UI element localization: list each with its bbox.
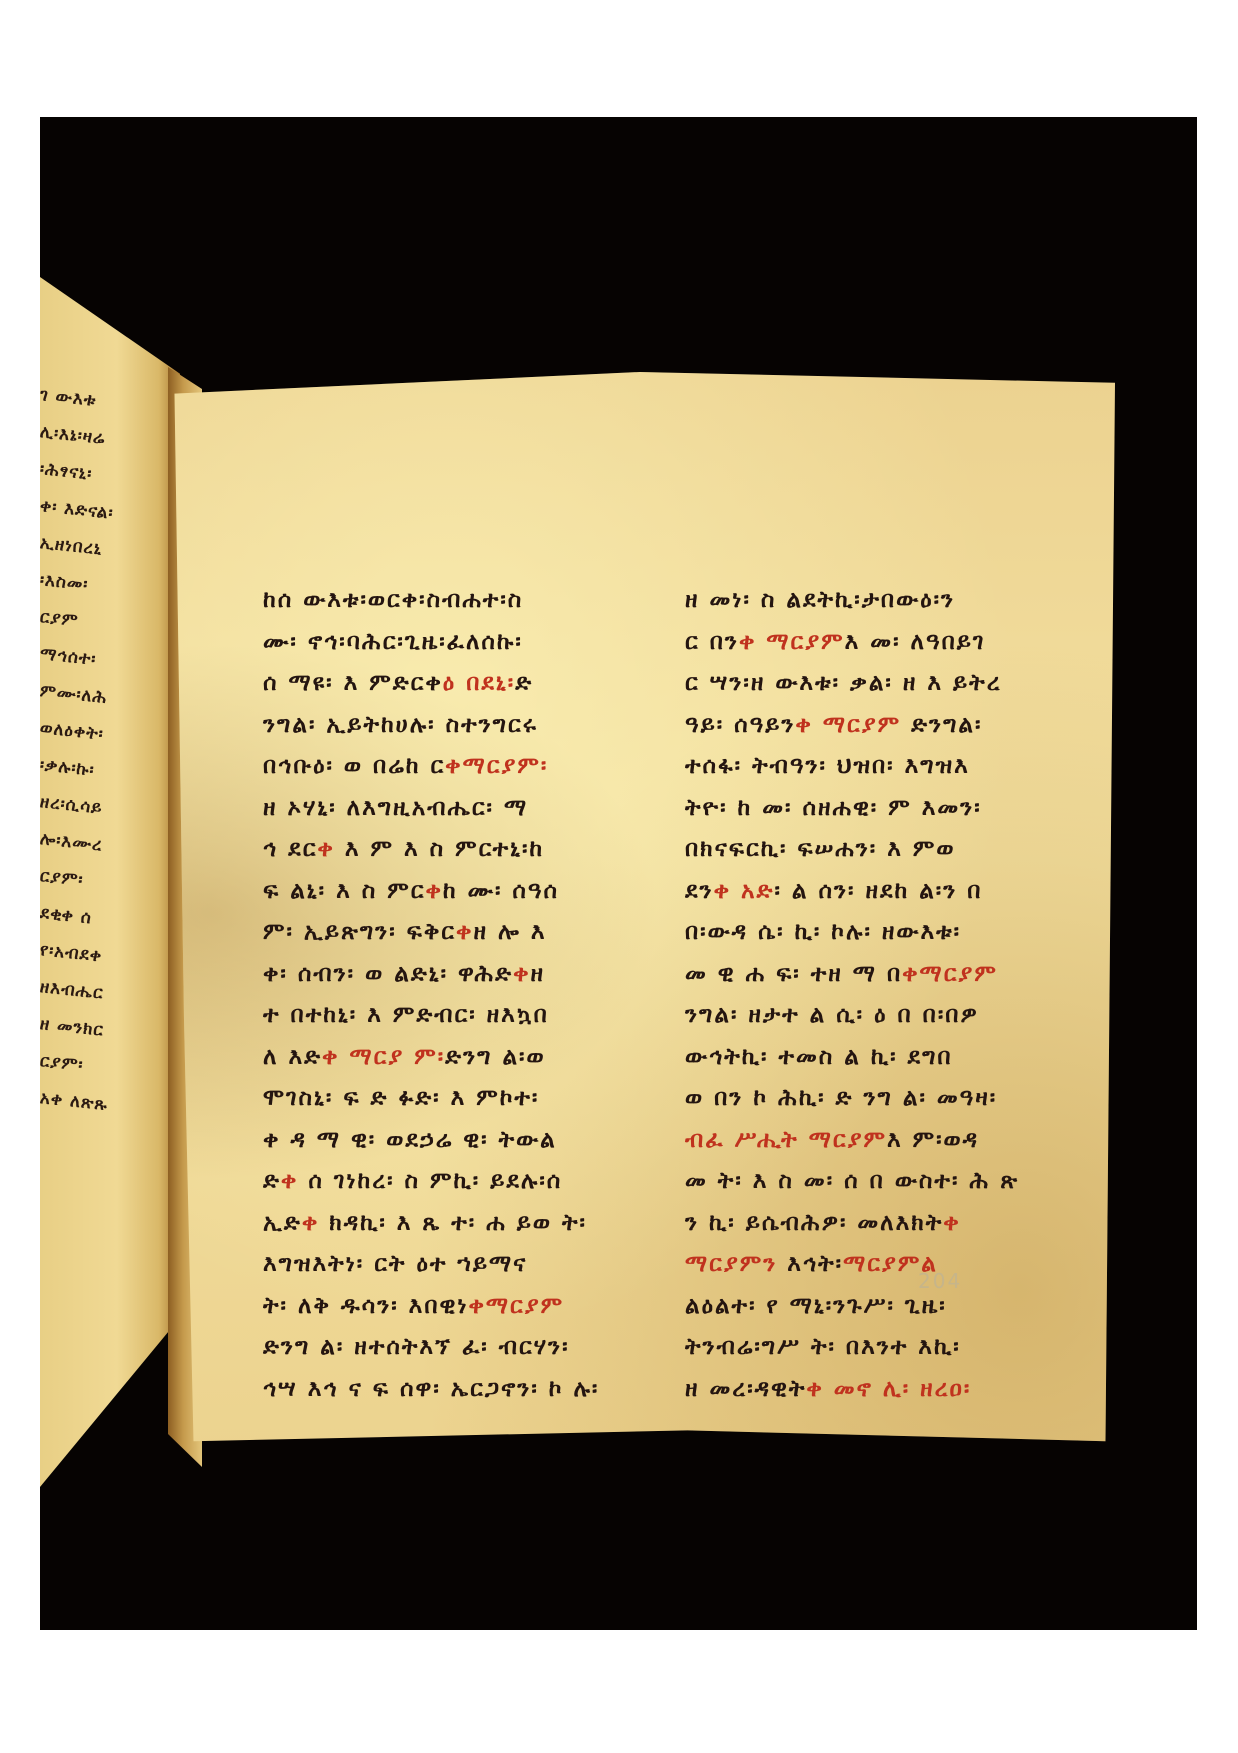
manuscript-photo: ገ ውእቱሊ፡እኔ፡ዛሬ፡ሕፃናኒ፡ቀ፡ እድናል፡ኢዘነበረኒ፡እስመ፡ርያም…: [40, 117, 1197, 1630]
manuscript-line: ትንብሬ፡ግሥ ት፡ በእንተ እኪ፡: [685, 1327, 1065, 1369]
manuscript-line: ም፡ ኢይጽግን፡ ፍቅርቀዘ ሎ እ: [263, 912, 658, 954]
ink-text: ን ኪ፡ ይሴብሕዎ፡ መለእክት: [685, 1210, 943, 1236]
manuscript-line: ኅ ደርቀ እ ም እ ስ ምርተኒ፡ከ: [263, 829, 658, 871]
manuscript-line: ቀ ዳ ማ ዊ፡ ወደኃሬ ዊ፡ ትውል: [263, 1120, 658, 1162]
manuscript-line: በክናፍርኪ፡ ፍሠሐን፡ እ ምወ: [685, 829, 1065, 871]
ink-text: [799, 1127, 809, 1153]
rubric-text: ቀ: [281, 1168, 298, 1194]
ink-text: በኅቡዕ፡ ወ በሬከ ር: [263, 753, 445, 779]
manuscript-line: ኅሣ እኅ ና ፍ ሰዋ፡ ኤርጋኖን፡ ኮ ሉ፡: [263, 1369, 658, 1411]
ink-text: ት፡ ለቅ ዱሳን፡ እበዊነ: [263, 1293, 468, 1319]
ink-text: በ፡ውዳ ሴ፡ ኪ፡ ኮሉ፡ ዘውእቱ፡: [685, 919, 961, 945]
rubric-text: ቀ: [302, 1210, 319, 1236]
manuscript-line: ዓይ፡ ሰዓይንቀ ማርያም ድንግል፡: [685, 705, 1065, 747]
ink-text: እግዝእትነ፡ ርት ዕተ ኀይማና: [263, 1251, 527, 1277]
ink-text: ሞገስኒ፡ ፍ ድ ፉድ፡ እ ምኮተ፡: [263, 1085, 539, 1111]
ink-text: ዘ መነ፡ ስ ልደትኪ፡ታበውዕ፡ን: [685, 587, 955, 613]
ink-text: ፍ ልኒ፡ እ ስ ምር: [263, 878, 425, 904]
manuscript-line: ልዕልተ፡ የ ማኒ፡ንጉሥ፡ ጊዜ፡: [685, 1286, 1065, 1328]
rubric-text: ቀ ማርያም: [739, 629, 845, 655]
ink-text: ዓይ፡ ሰዓይን: [685, 712, 795, 738]
ink-text: እ መ፡ ለዓበይገ: [845, 629, 986, 655]
ink-text: ከሰ ውእቱ፡ወርቀ፡ስብሐተ፡ስ: [263, 587, 523, 613]
rubric-text: ቀ አድ: [714, 878, 775, 904]
ink-text: ሰ ገነከረ፡ ስ ምኪ፡ ይደሉ፡ሰ: [298, 1168, 562, 1194]
ink-text: ር በን: [685, 629, 739, 655]
manuscript-line: ኢድቀ ክዳኪ፡ እ ጼ ተ፡ ሐ ይወ ት፡: [263, 1203, 658, 1245]
folio-number: 204: [918, 1269, 962, 1293]
ink-text: ኅ ደር: [263, 836, 317, 862]
ink-text: ድንግ ል፡ ዘተሰትእኘ ፈ፡ ብርሃን፡: [263, 1334, 570, 1360]
ink-text: ወ በን ኮ ሕኪ፡ ድ ንግ ል፡ መዓዛ፡: [685, 1085, 997, 1111]
ink-text: ክዳኪ፡ እ ጼ ተ፡ ሐ ይወ ት፡: [319, 1210, 587, 1236]
ink-text: ር ሣን፡ዘ ውእቱ፡ ቃል፡ ዘ እ ይትረ: [685, 670, 1002, 696]
manuscript-line: ሰ ማዩ፡ እ ምድርቀዕ በደኒ፡ድ: [263, 663, 658, 705]
ink-text: ድ: [263, 1168, 281, 1194]
ink-text: ትዮ፡ ከ መ፡ ሰዘሐዊ፡ ም እመን፡: [685, 795, 982, 821]
ink-text: እኅት፡: [777, 1251, 843, 1277]
ink-text: በክናፍርኪ፡ ፍሠሐን፡ እ ምወ: [685, 836, 955, 862]
ink-text: ከ ሙ፡ ሰዓሰ: [443, 878, 559, 904]
ink-text: ቀ፡ ሰብን፡ ወ ልድኒ፡ ዋሕድ: [263, 961, 513, 987]
rubric-text: ቀ: [943, 1210, 960, 1236]
rubric-text: ቀማርያም: [468, 1293, 564, 1319]
manuscript-line: ዘ ኦሃኒ፡ ለእግዚአብሔር፡ ማ: [263, 788, 658, 830]
ink-text: ኅሣ እኅ ና ፍ ሰዋ፡ ኤርጋኖን፡ ኮ ሉ፡: [263, 1376, 599, 1402]
ink-text: ሙ፡ ኖኅ፡ባሕር፡ጊዜ፡ፈለሰኩ፡: [263, 629, 523, 655]
manuscript-line: ፍ ልኒ፡ እ ስ ምርቀከ ሙ፡ ሰዓሰ: [263, 871, 658, 913]
manuscript-line: መ ት፡ እ ስ መ፡ ሰ በ ውስተ፡ ሕ ጽ: [685, 1161, 1065, 1203]
ink-text: ዘ ኦሃኒ፡ ለእግዚአብሔር፡ ማ: [263, 795, 528, 821]
ink-text: ዘ: [531, 961, 546, 987]
ink-text: እ ም እ ስ ምርተኒ፡ከ: [335, 836, 544, 862]
manuscript-line: ንግል፡ ዘታተ ል ሲ፡ ዕ በ በ፡በዎ: [685, 995, 1065, 1037]
ink-text: ኢድ: [263, 1210, 302, 1236]
rubric-text: ቀ መኖ ሊ፡ ዘረዐ፡: [806, 1376, 971, 1402]
rubric-text: ማርያምን: [685, 1251, 777, 1277]
right-page: ከሰ ውእቱ፡ወርቀ፡ስብሐተ፡ስሙ፡ ኖኅ፡ባሕር፡ጊዜ፡ፈለሰኩ፡ሰ ማዩ፡…: [165, 372, 1115, 1452]
text-column-b: ዘ መነ፡ ስ ልደትኪ፡ታበውዕ፡ንር በንቀ ማርያምእ መ፡ ለዓበይገር…: [685, 580, 1065, 1410]
manuscript-line: ብፈ ሥሒት ማርያምእ ም፡ወዳ: [685, 1120, 1065, 1162]
manuscript-line: በኅቡዕ፡ ወ በሬከ ርቀማርያም፡: [263, 746, 658, 788]
ink-text: ድንግ ል፡ወ: [445, 1044, 545, 1070]
manuscript-line: ተ በተከኒ፡ እ ምድብር፡ ዘእኳበ: [263, 995, 658, 1037]
manuscript-line: በ፡ውዳ ሴ፡ ኪ፡ ኮሉ፡ ዘውእቱ፡: [685, 912, 1065, 954]
ink-text: ልዕልተ፡ የ ማኒ፡ንጉሥ፡ ጊዜ፡: [685, 1293, 947, 1319]
manuscript-line: ትዮ፡ ከ መ፡ ሰዘሐዊ፡ ም እመን፡: [685, 788, 1065, 830]
ink-text: ድንግል፡: [901, 712, 982, 738]
ink-text: ሰ ማዩ፡ እ ምድርቀ: [263, 670, 443, 696]
rubric-text: ቀማርያም፡: [445, 753, 548, 779]
manuscript-line: መ ዊ ሐ ፍ፡ ተዘ ማ በቀማርያም: [685, 954, 1065, 996]
rubric-text: ቀ: [317, 836, 334, 862]
ink-text: ፡ ል ሰን፡ ዘደከ ል፡ን በ: [774, 878, 982, 904]
manuscript-line: ደንቀ አድ፡ ል ሰን፡ ዘደከ ል፡ን በ: [685, 871, 1065, 913]
manuscript-line: ከሰ ውእቱ፡ወርቀ፡ስብሐተ፡ስ: [263, 580, 658, 622]
rubric-text: ቀ ማርያም: [795, 712, 901, 738]
manuscript-line: ዘ መነ፡ ስ ልደትኪ፡ታበውዕ፡ን: [685, 580, 1065, 622]
manuscript-line: ት፡ ለቅ ዱሳን፡ እበዊነቀማርያም: [263, 1286, 658, 1328]
left-page-text: ገ ውእቱሊ፡እኔ፡ዛሬ፡ሕፃናኒ፡ቀ፡ እድናል፡ኢዘነበረኒ፡እስመ፡ርያም…: [40, 377, 180, 1117]
rubric-text: ብፈ ሥሒት: [685, 1127, 799, 1153]
manuscript-line: እግዝእትነ፡ ርት ዕተ ኀይማና: [263, 1244, 658, 1286]
rubric-text: ቀ: [425, 878, 442, 904]
rubric-text: ቀማርያም: [902, 961, 998, 987]
manuscript-line: ር ሣን፡ዘ ውእቱ፡ ቃል፡ ዘ እ ይትረ: [685, 663, 1065, 705]
ink-text: ም፡ ኢይጽግን፡ ፍቅር: [263, 919, 456, 945]
ink-text: ውኅትኪ፡ ተመስ ል ኪ፡ ደግበ: [685, 1044, 953, 1070]
rubric-text: ቀ ማርያ ም፡: [322, 1044, 445, 1070]
ink-text: ዘ መረ፡ዳዊት: [685, 1376, 806, 1402]
ink-text: ለ እድ: [263, 1044, 322, 1070]
manuscript-line: ተሰፋ፡ ትብዓን፡ ህዝበ፡ እግዝእ: [685, 746, 1065, 788]
manuscript-line: ድንግ ል፡ ዘተሰትእኘ ፈ፡ ብርሃን፡: [263, 1327, 658, 1369]
ink-text: ተሰፋ፡ ትብዓን፡ ህዝበ፡ እግዝእ: [685, 753, 970, 779]
ink-text: ቀ ዳ ማ ዊ፡ ወደኃሬ ዊ፡ ትውል: [263, 1127, 557, 1153]
ink-text: መ ት፡ እ ስ መ፡ ሰ በ ውስተ፡ ሕ ጽ: [685, 1168, 1019, 1194]
ink-text: ዘ ሎ እ: [473, 919, 546, 945]
manuscript-line: ሙ፡ ኖኅ፡ባሕር፡ጊዜ፡ፈለሰኩ፡: [263, 622, 658, 664]
manuscript-line: ር በንቀ ማርያምእ መ፡ ለዓበይገ: [685, 622, 1065, 664]
rubric-text: ቀ: [456, 919, 473, 945]
manuscript-line: ለ እድቀ ማርያ ም፡ድንግ ል፡ወ: [263, 1037, 658, 1079]
manuscript-line: ዘ መረ፡ዳዊትቀ መኖ ሊ፡ ዘረዐ፡: [685, 1369, 1065, 1411]
text-column-a: ከሰ ውእቱ፡ወርቀ፡ስብሐተ፡ስሙ፡ ኖኅ፡ባሕር፡ጊዜ፡ፈለሰኩ፡ሰ ማዩ፡…: [263, 580, 658, 1410]
manuscript-line: ን ኪ፡ ይሴብሕዎ፡ መለእክትቀ: [685, 1203, 1065, 1245]
manuscript-line: ማርያምን እኅት፡ማርያምል: [685, 1244, 1065, 1286]
ink-text: ድ: [515, 670, 533, 696]
ink-text: ንግል፡ ኢይትከሀሉ፡ ስተንግርሩ: [263, 712, 538, 738]
ink-text: ንግል፡ ዘታተ ል ሲ፡ ዕ በ በ፡በዎ: [685, 1002, 979, 1028]
manuscript-line: ድቀ ሰ ገነከረ፡ ስ ምኪ፡ ይደሉ፡ሰ: [263, 1161, 658, 1203]
ink-text: ተ በተከኒ፡ እ ምድብር፡ ዘእኳበ: [263, 1002, 549, 1028]
manuscript-line: ወ በን ኮ ሕኪ፡ ድ ንግ ል፡ መዓዛ፡: [685, 1078, 1065, 1120]
rubric-text: ዕ በደኒ፡: [443, 670, 515, 696]
rubric-text: ማርያም: [809, 1127, 887, 1153]
ink-text: ትንብሬ፡ግሥ ት፡ በእንተ እኪ፡: [685, 1334, 961, 1360]
manuscript-line: ቀ፡ ሰብን፡ ወ ልድኒ፡ ዋሕድቀዘ: [263, 954, 658, 996]
rubric-text: ቀ: [513, 961, 530, 987]
ink-text: መ ዊ ሐ ፍ፡ ተዘ ማ በ: [685, 961, 902, 987]
manuscript-line: ሞገስኒ፡ ፍ ድ ፉድ፡ እ ምኮተ፡: [263, 1078, 658, 1120]
manuscript-line: ውኅትኪ፡ ተመስ ል ኪ፡ ደግበ: [685, 1037, 1065, 1079]
manuscript-line: ንግል፡ ኢይትከሀሉ፡ ስተንግርሩ: [263, 705, 658, 747]
ink-text: ደን: [685, 878, 714, 904]
ink-text: እ ም፡ወዳ: [887, 1127, 979, 1153]
